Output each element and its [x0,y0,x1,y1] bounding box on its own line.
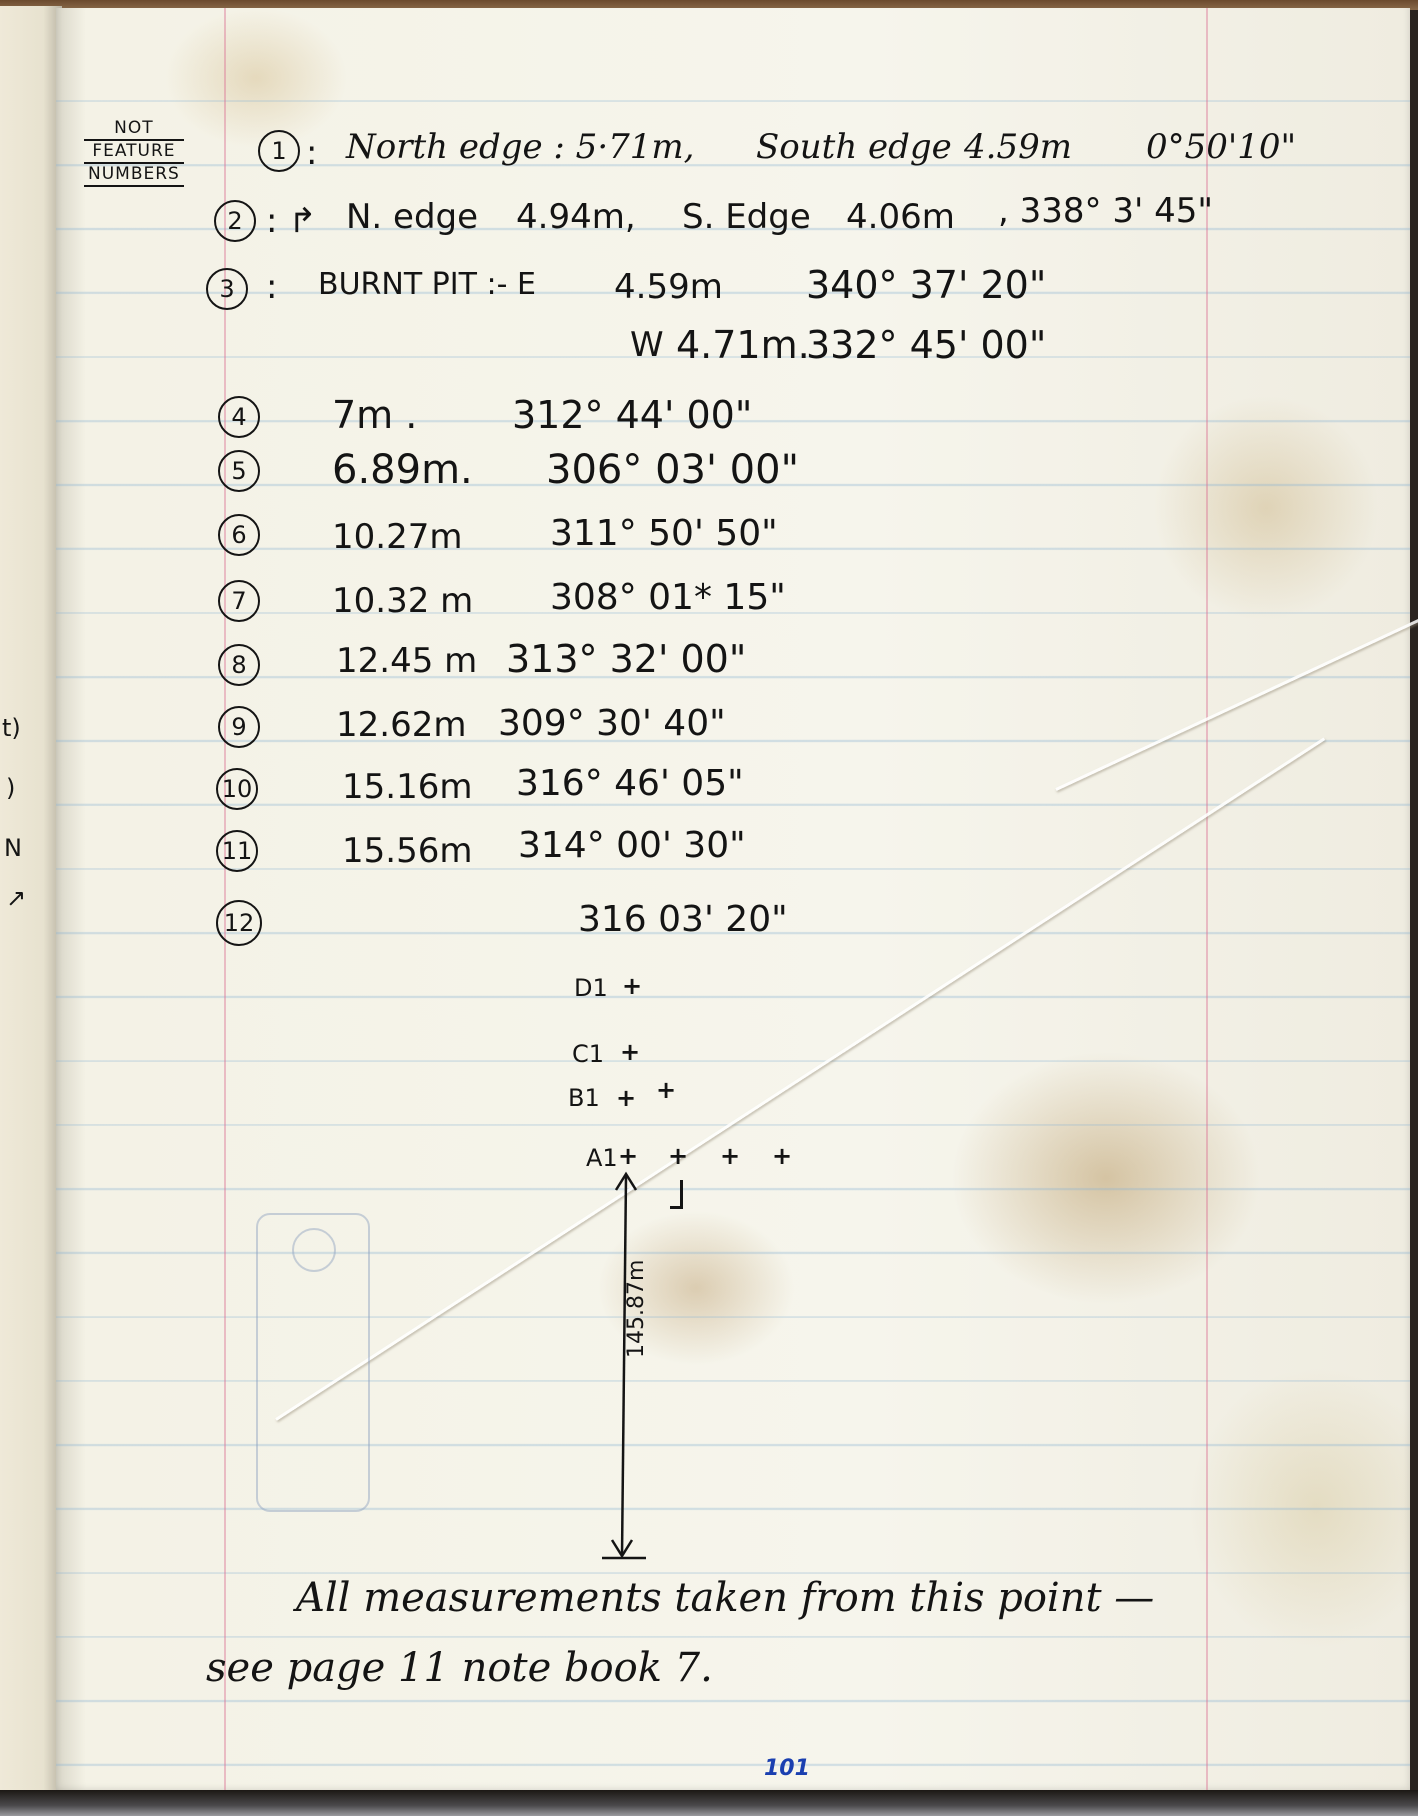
left-page-fragment: ↗ [6,886,26,910]
margin-note-line: NUMBERS [84,164,184,187]
entry-number: 12 [216,900,262,946]
grid-point-marker: + [620,1038,640,1066]
entry-3-west-distance: 4.71m. [676,326,810,364]
grid-point-marker: + [618,1142,638,1170]
faint-pencil-circle [292,1228,336,1272]
entry-number: 8 [218,644,260,686]
page-number: 101 [764,1758,810,1780]
entry-number: 6 [218,514,260,556]
entry-distance: 15.56m [342,834,472,868]
entry-2-distance: 4.06m [846,200,955,234]
entry-number: 11 [216,830,258,872]
baseline-arrow [596,1168,656,1568]
entry-number: 10 [216,768,258,810]
margin-note: NOT FEATURE NUMBERS [84,118,184,187]
left-facing-page: t) ) N ↗ [0,6,62,1796]
entry-distance: 12.62m [336,708,466,742]
entry-bearing: 313° 32' 00" [506,640,746,678]
entry-1-distance: 4.59m [964,130,1072,164]
entry-number: 9 [218,706,260,748]
right-margin-line [1206,8,1208,1796]
entry-bearing: 308° 01* 15" [550,580,786,616]
baseline-distance-label: 145.87m [626,1260,648,1358]
entry-bearing: 311° 50' 50" [550,516,778,552]
grid-point-marker: + [656,1076,676,1104]
entry-distance: 10.27m [332,520,462,554]
entry-bearing: 312° 44' 00" [512,396,752,434]
grid-point-marker: + [720,1142,740,1170]
footnote-line-1: All measurements taken from this point — [296,1578,1154,1618]
entry-3-west-label: W [630,328,664,362]
entry-3-label: BURNT PIT :- E [318,270,536,300]
grid-point-marker: + [616,1084,636,1112]
entry-number: 3 [206,268,248,310]
grid-point-marker: + [668,1142,688,1170]
entry-3-west-bearing: 332° 45' 00" [806,326,1046,364]
entry-distance: 12.45 m [336,644,477,678]
entry-bearing: 316 03' 20" [578,902,788,938]
grid-label-b1: B1 [568,1086,600,1110]
entry-number: 1 [258,130,300,172]
entry-number: 2 [214,200,256,242]
entry-1-bearing: 0°50'10" [1146,130,1296,164]
grid-label-a1: A1 [586,1146,618,1170]
entry-2-bearing: , 338° 3' 45" [998,194,1213,228]
left-page-fragment: ) [6,776,15,800]
entry-distance: 10.32 m [332,584,473,618]
right-angle-mark [670,1180,683,1209]
entry-number: 7 [218,580,260,622]
left-page-fragment: t) [2,716,21,740]
entry-bearing: 314° 00' 30" [518,828,746,864]
grid-point-marker: + [622,972,642,1000]
paper-crease [1055,611,1418,791]
entry-2-north-edge: N. edge [346,200,478,234]
entry-distance: 7m . [332,396,417,434]
grid-point-marker: + [772,1142,792,1170]
entry-number: 4 [218,396,260,438]
entry-number: 5 [218,450,260,492]
margin-note-line: FEATURE [84,141,184,164]
grid-label-d1: D1 [574,976,608,1000]
grid-label-c1: C1 [572,1042,604,1066]
notebook-bottom-edge [0,1790,1418,1816]
footnote-line-2: see page 11 note book 7. [206,1648,713,1688]
entry-distance: 15.16m [342,770,472,804]
entry-bearing: 316° 46' 05" [516,766,744,802]
entry-3-bearing: 340° 37' 20" [806,266,1046,304]
entry-bearing: 309° 30' 40" [498,706,726,742]
margin-note-line: NOT [84,118,184,141]
entry-1-north-edge: North edge : 5·71m, [346,130,694,164]
entry-distance: 6.89m. [332,450,473,490]
notebook-page: NOT FEATURE NUMBERS 1 : North edge : 5·7… [56,8,1410,1796]
left-page-fragment: N [4,836,22,860]
entry-1-south-label: South edge [756,130,952,164]
entry-bearing: 306° 03' 00" [546,450,799,490]
entry-3-distance: 4.59m [614,270,723,304]
entry-2-south-label: S. Edge [682,200,811,234]
entry-2-north-distance: 4.94m, [516,200,636,234]
